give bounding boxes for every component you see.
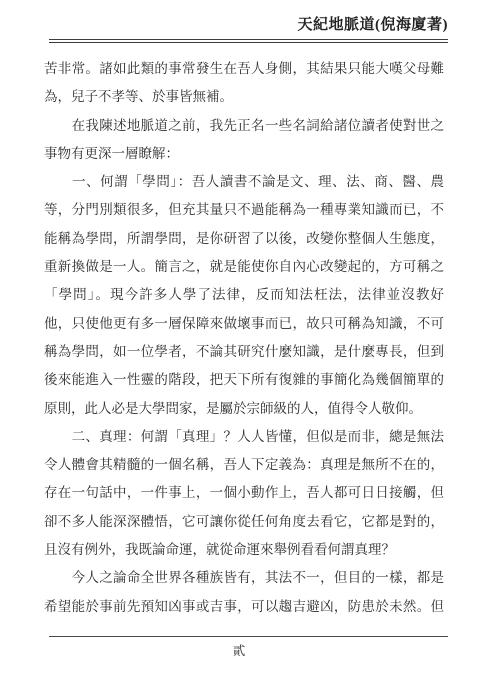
book-title: 天紀地脈道(倪海廈著) (298, 13, 449, 34)
text-line: 存在一句話中，一件事上，一個小動作上，吾人都可日日接觸，但 (44, 479, 444, 507)
text-line: 希望能於事前先預知凶事或吉事，可以趨吉避凶，防患於未然。但 (44, 593, 444, 621)
text-line: 今人之論命全世界各種族皆有，其法不一，但目的一樣，都是 (44, 564, 444, 592)
text-line: 令人體會其精髓的一個名稱，吾人下定義為：真理是無所不在的， (44, 451, 444, 479)
text-line: 苦非常。諸如此類的事常發生在吾人身側，其結果只能大嘆父母難 (44, 55, 444, 83)
text-line: 事物有更深一層瞭解： (44, 140, 444, 168)
footer-rule (49, 636, 448, 637)
text-line: 等，分門別類很多，但充其量只不過能稱為一種專業知識而已，不 (44, 196, 444, 224)
text-line: 他，只使他更有多一層保障來做壞事而已，故只可稱為知識，不可 (44, 310, 444, 338)
text-line: 原則，此人必是大學問家，是屬於宗師級的人，值得令人敬仰。 (44, 395, 444, 423)
header-double-rule (49, 39, 448, 43)
text-line: 「學問」。現今許多人學了法律，反而知法枉法，法律並沒教好 (44, 281, 444, 309)
text-line: 重新換做是一人。簡言之，就是能使你自內心改變起的，方可稱之 (44, 253, 444, 281)
text-line: 稱為學問，如一位學者，不論其研究什麼知識，是什麼專長，但到 (44, 338, 444, 366)
document-page: 天紀地脈道(倪海廈著) 苦非常。諸如此類的事常發生在吾人身側，其結果只能大嘆父母… (0, 0, 478, 676)
body-text: 苦非常。諸如此類的事常發生在吾人身側，其結果只能大嘆父母難 為，兒子不孝等、於事… (44, 55, 444, 621)
text-line: 後來能進入一性靈的階段，把天下所有復雜的事簡化為幾個簡單的 (44, 366, 444, 394)
text-line: 二、真理：何謂「真理」？人人皆懂，但似是而非，總是無法 (44, 423, 444, 451)
page-number: 貳 (0, 641, 478, 659)
text-line: 為，兒子不孝等、於事皆無補。 (44, 83, 444, 111)
text-line: 卻不多人能深深體悟，它可讓你從任何角度去看它，它都是對的， (44, 508, 444, 536)
text-line: 在我陳述地脈道之前，我先正名一些名詞給諸位讀者使對世之 (44, 112, 444, 140)
text-line: 且沒有例外，我既論命運，就從命運來舉例看看何謂真理？ (44, 536, 444, 564)
text-line: 能稱為學問，所謂學問，是你研習了以後，改變你整個人生態度， (44, 225, 444, 253)
text-line: 一、何謂「學問」：吾人讀書不論是文、理、法、商、醫、農 (44, 168, 444, 196)
